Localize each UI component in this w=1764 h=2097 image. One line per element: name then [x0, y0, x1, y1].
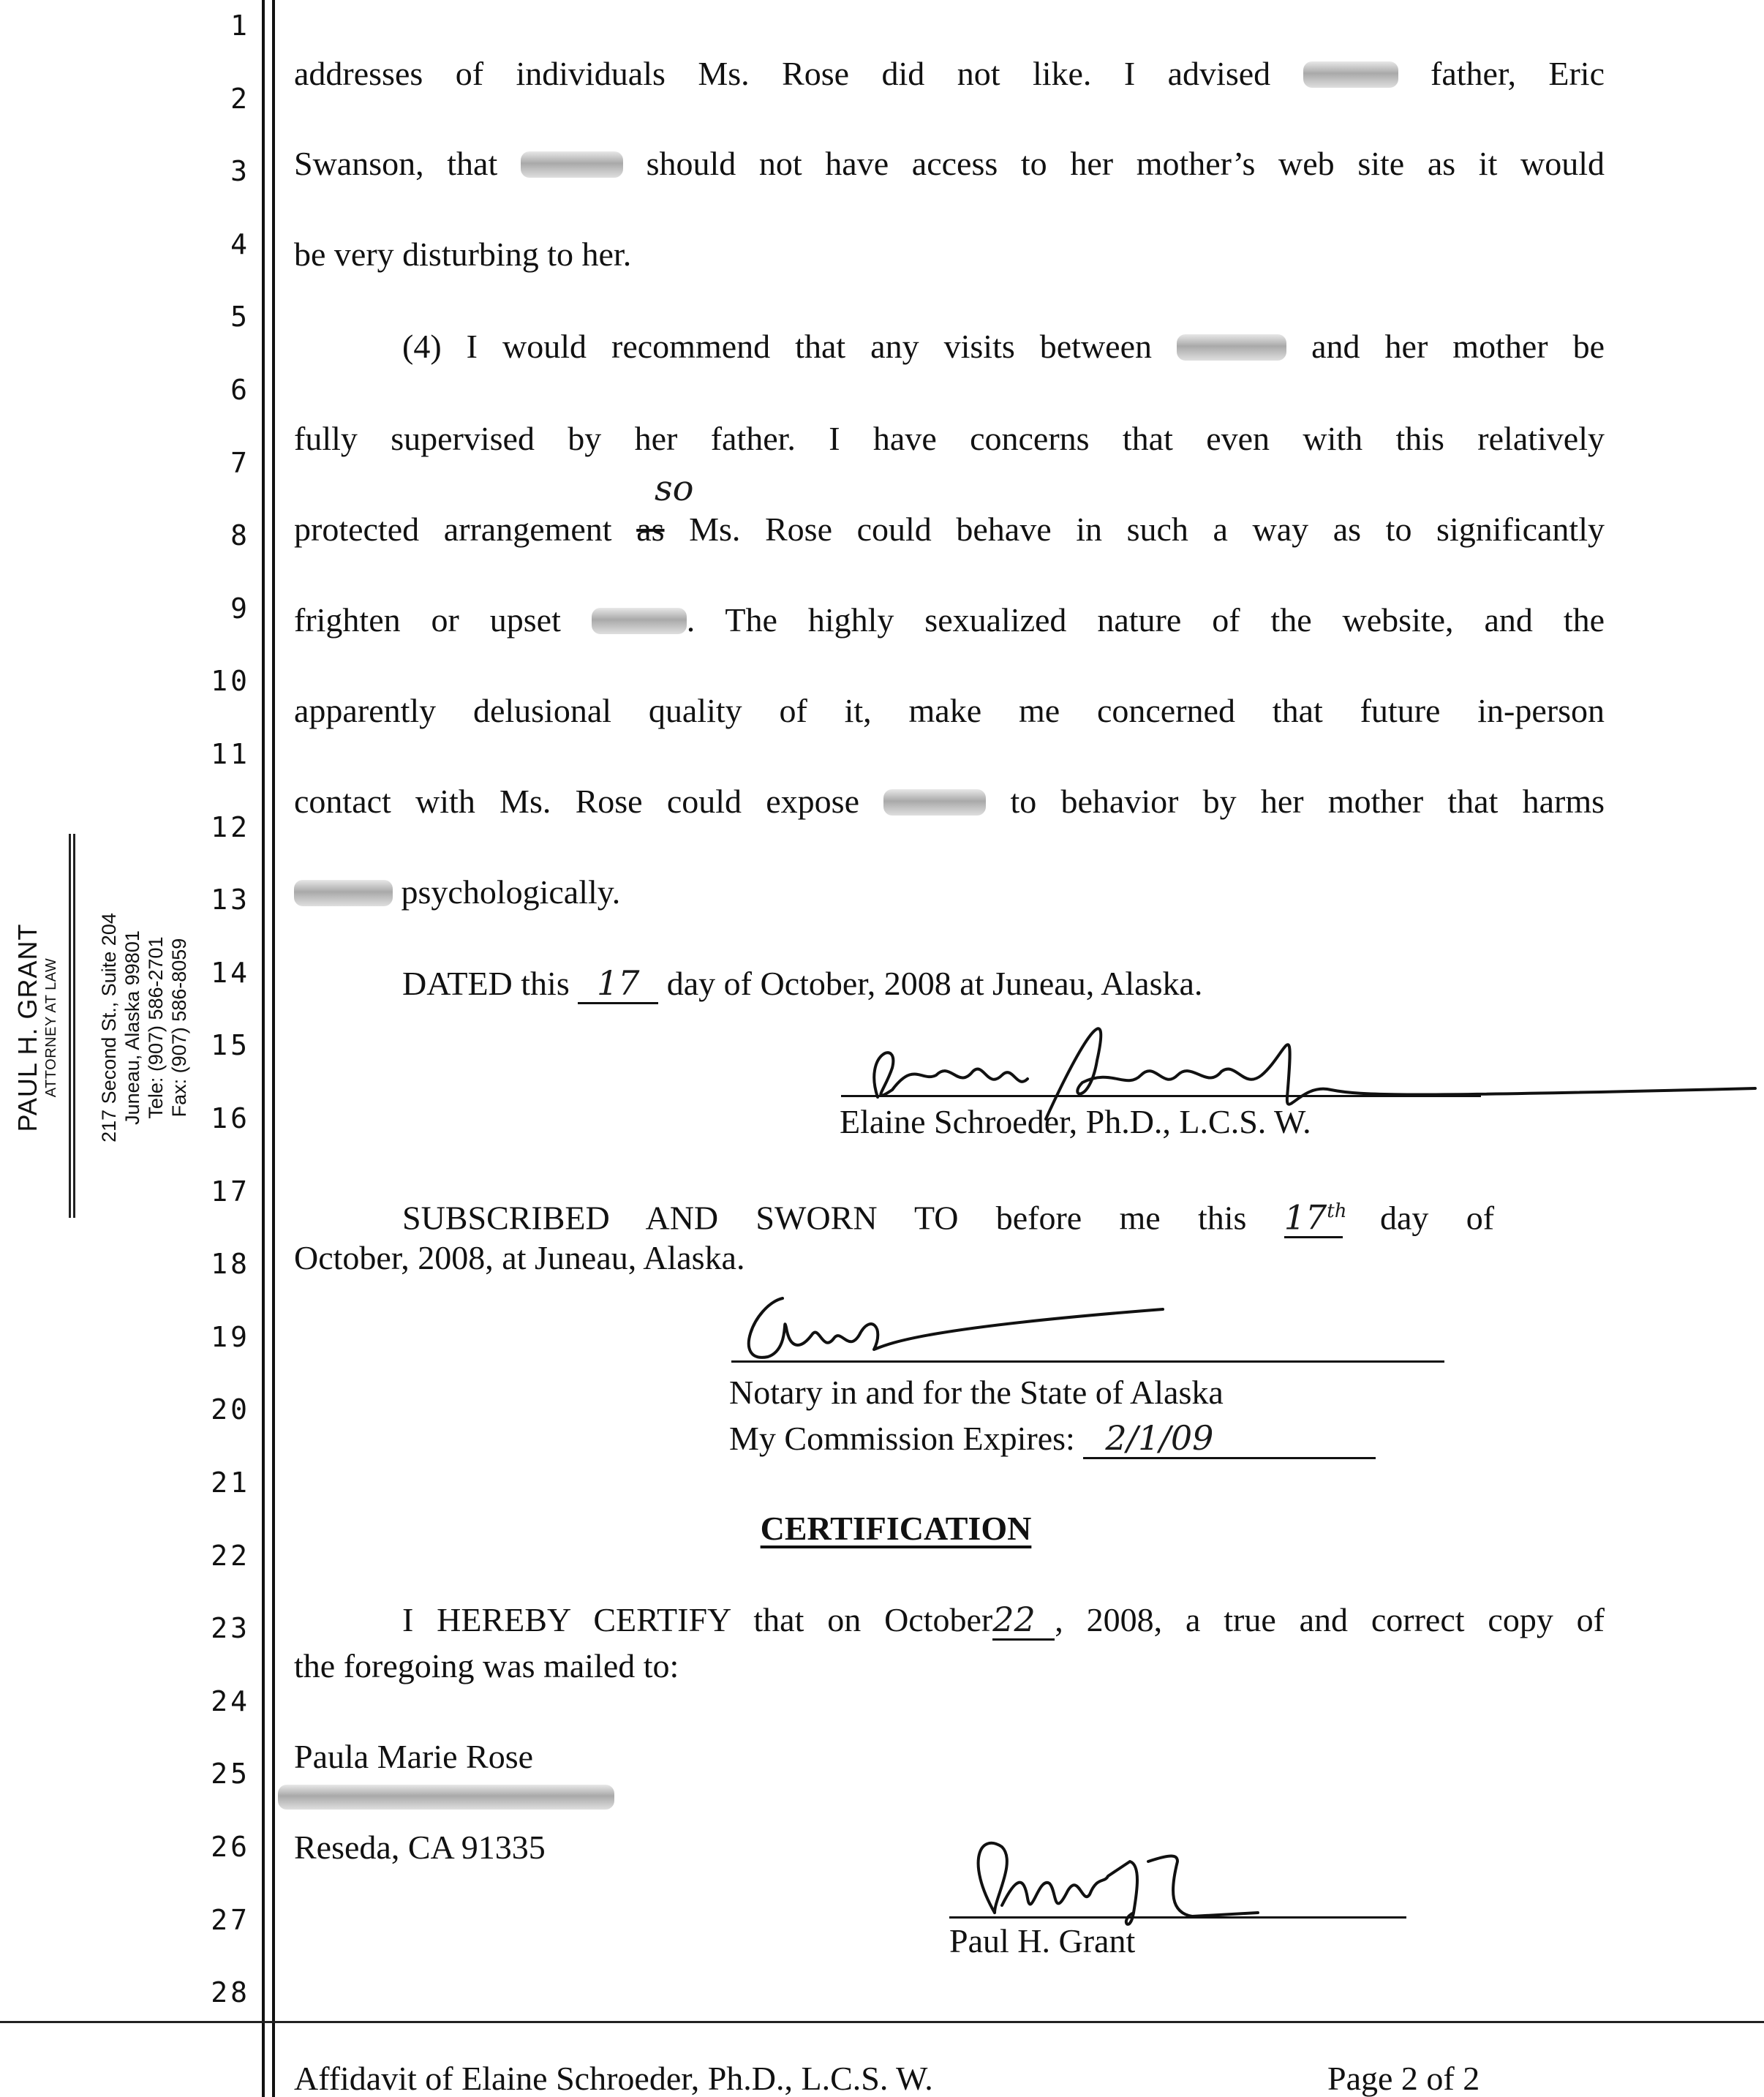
- struck-word: as: [636, 511, 664, 548]
- body-text: . The highly sexualized nature of the we…: [687, 601, 1605, 639]
- handwritten-correction: so: [655, 468, 694, 509]
- body-line: addresses of individuals Ms. Rose did no…: [294, 55, 1605, 93]
- letterhead-rule: [69, 834, 71, 1218]
- line-number: 12: [197, 813, 250, 842]
- line-number: 17: [197, 1177, 250, 1206]
- notary-title: Notary in and for the State of Alaska: [729, 1374, 1224, 1412]
- letterhead-rule: [73, 834, 75, 1218]
- line-number: 7: [197, 448, 250, 478]
- attorney-title: ATTORNEY AT LAW: [42, 837, 60, 1218]
- body-text: (4) I would recommend that any visits be…: [402, 328, 1152, 365]
- redaction-mark: [592, 608, 687, 634]
- jurat-line: SUBSCRIBED AND SWORN TO before me this 1…: [402, 1192, 1494, 1238]
- line-number: 5: [197, 302, 250, 331]
- redaction-mark: [521, 151, 623, 178]
- body-text: frighten or upset: [294, 601, 561, 639]
- line-number: 1: [197, 11, 250, 40]
- body-line: frighten or upset . The highly sexualize…: [294, 601, 1605, 639]
- margin-rule: [262, 0, 265, 2097]
- commission-expires-field[interactable]: 2/1/09: [1083, 1419, 1376, 1459]
- line-number: 24: [197, 1687, 250, 1716]
- line-number: 6: [197, 375, 250, 404]
- certification-text: , 2008, a true and correct copy of: [1055, 1601, 1605, 1638]
- attorney-name-signed: Paul H. Grant: [949, 1922, 1135, 1960]
- redaction-mark: [294, 880, 393, 906]
- line-number: 28: [197, 1978, 250, 2007]
- address-line: Tele: (907) 586-2701: [144, 837, 167, 1218]
- line-number: 2: [197, 84, 250, 113]
- body-line: (4) I would recommend that any visits be…: [402, 328, 1605, 366]
- line-number: 25: [197, 1759, 250, 1788]
- line-number: 26: [197, 1832, 250, 1861]
- body-text: addresses of individuals Ms. Rose did no…: [294, 55, 1270, 92]
- certification-day-field[interactable]: 22: [992, 1600, 1055, 1641]
- footer-rule: [0, 2021, 1764, 2023]
- jurat-text: SUBSCRIBED AND SWORN TO before me this: [402, 1199, 1246, 1236]
- line-number: 8: [197, 521, 250, 550]
- attorney-address: 217 Second St., Suite 204 Juneau, Alaska…: [97, 837, 191, 1218]
- line-number: 19: [197, 1322, 250, 1352]
- body-line: Swanson, that should not have access to …: [294, 145, 1605, 183]
- notary-signature: [739, 1284, 1207, 1364]
- notary-signature-line: [731, 1360, 1444, 1363]
- certification-line: I HEREBY CERTIFY that on October22, 2008…: [402, 1600, 1605, 1641]
- affiant-name: Elaine Schroeder, Ph.D., L.C.S. W.: [840, 1103, 1311, 1141]
- line-number: 18: [197, 1249, 250, 1279]
- line-number: 14: [197, 958, 250, 987]
- dated-prefix: DATED this: [402, 965, 570, 1002]
- attorney-name: PAUL H. GRANT: [13, 837, 42, 1218]
- certification-heading: CERTIFICATION: [731, 1510, 1060, 1548]
- body-line: psychologically.: [294, 873, 620, 911]
- certification-line: the foregoing was mailed to:: [294, 1647, 679, 1685]
- line-number: 13: [197, 885, 250, 914]
- dated-suffix: day of October, 2008 at Juneau, Alaska.: [667, 965, 1203, 1002]
- body-text: contact with Ms. Rose could expose: [294, 783, 859, 820]
- line-number: 4: [197, 230, 250, 259]
- line-number: 23: [197, 1614, 250, 1643]
- recipient-city: Reseda, CA 91335: [294, 1829, 546, 1867]
- jurat-text: day of: [1380, 1199, 1494, 1236]
- dated-day-field[interactable]: 17: [578, 964, 658, 1004]
- body-line: apparently delusional quality of it, mak…: [294, 692, 1605, 730]
- recipient-name: Paula Marie Rose: [294, 1738, 533, 1776]
- body-line: be very disturbing to her.: [294, 236, 631, 274]
- footer-title: Affidavit of Elaine Schroeder, Ph.D., L.…: [294, 2060, 933, 2097]
- body-text: to behavior by her mother that harms: [1010, 783, 1605, 820]
- body-line: fully supervised by her father. I have c…: [294, 420, 1605, 458]
- redaction-mark: [883, 789, 986, 816]
- redaction-mark: [1303, 61, 1398, 88]
- body-text: protected arrangement: [294, 511, 612, 548]
- attorney-signature-line: [949, 1916, 1406, 1919]
- redaction-mark: [278, 1785, 614, 1810]
- jurat-line: October, 2008, at Juneau, Alaska.: [294, 1239, 745, 1277]
- commission-line: My Commission Expires: 2/1/09: [729, 1419, 1376, 1459]
- line-number: 10: [197, 666, 250, 696]
- line-number: 20: [197, 1395, 250, 1424]
- page-number: Page 2 of 2: [1327, 2060, 1480, 2097]
- line-number: 11: [197, 739, 250, 769]
- address-line: Fax: (907) 586-8059: [167, 837, 191, 1218]
- certification-text: I HEREBY CERTIFY that on October: [402, 1601, 992, 1638]
- line-number: 27: [197, 1905, 250, 1935]
- redaction-mark: [1177, 334, 1286, 361]
- line-number: 3: [197, 157, 250, 186]
- body-text: Ms. Rose could behave in such a way as t…: [689, 511, 1605, 548]
- body-text: and her mother be: [1311, 328, 1605, 365]
- dated-line: DATED this 17 day of October, 2008 at Ju…: [402, 964, 1202, 1004]
- body-text: Swanson, that: [294, 145, 497, 182]
- body-text: should not have access to her mother’s w…: [647, 145, 1605, 182]
- line-number: 9: [197, 594, 250, 623]
- address-line: 217 Second St., Suite 204: [97, 837, 121, 1218]
- jurat-day-field[interactable]: 17th: [1284, 1192, 1343, 1238]
- line-number: 15: [197, 1031, 250, 1060]
- commission-label: My Commission Expires:: [729, 1420, 1075, 1457]
- body-line: protected arrangement as Ms. Rose could …: [294, 511, 1605, 549]
- line-number: 22: [197, 1541, 250, 1570]
- body-text: father, Eric: [1431, 55, 1605, 92]
- attorney-letterhead: PAUL H. GRANT ATTORNEY AT LAW 217 Second…: [13, 823, 203, 1218]
- line-number: 16: [197, 1104, 250, 1133]
- margin-rule: [272, 0, 275, 2097]
- body-line: contact with Ms. Rose could expose to be…: [294, 783, 1605, 821]
- body-text: psychologically.: [402, 873, 621, 911]
- line-number: 21: [197, 1468, 250, 1497]
- address-line: Juneau, Alaska 99801: [121, 837, 144, 1218]
- signature-line: [841, 1095, 1481, 1097]
